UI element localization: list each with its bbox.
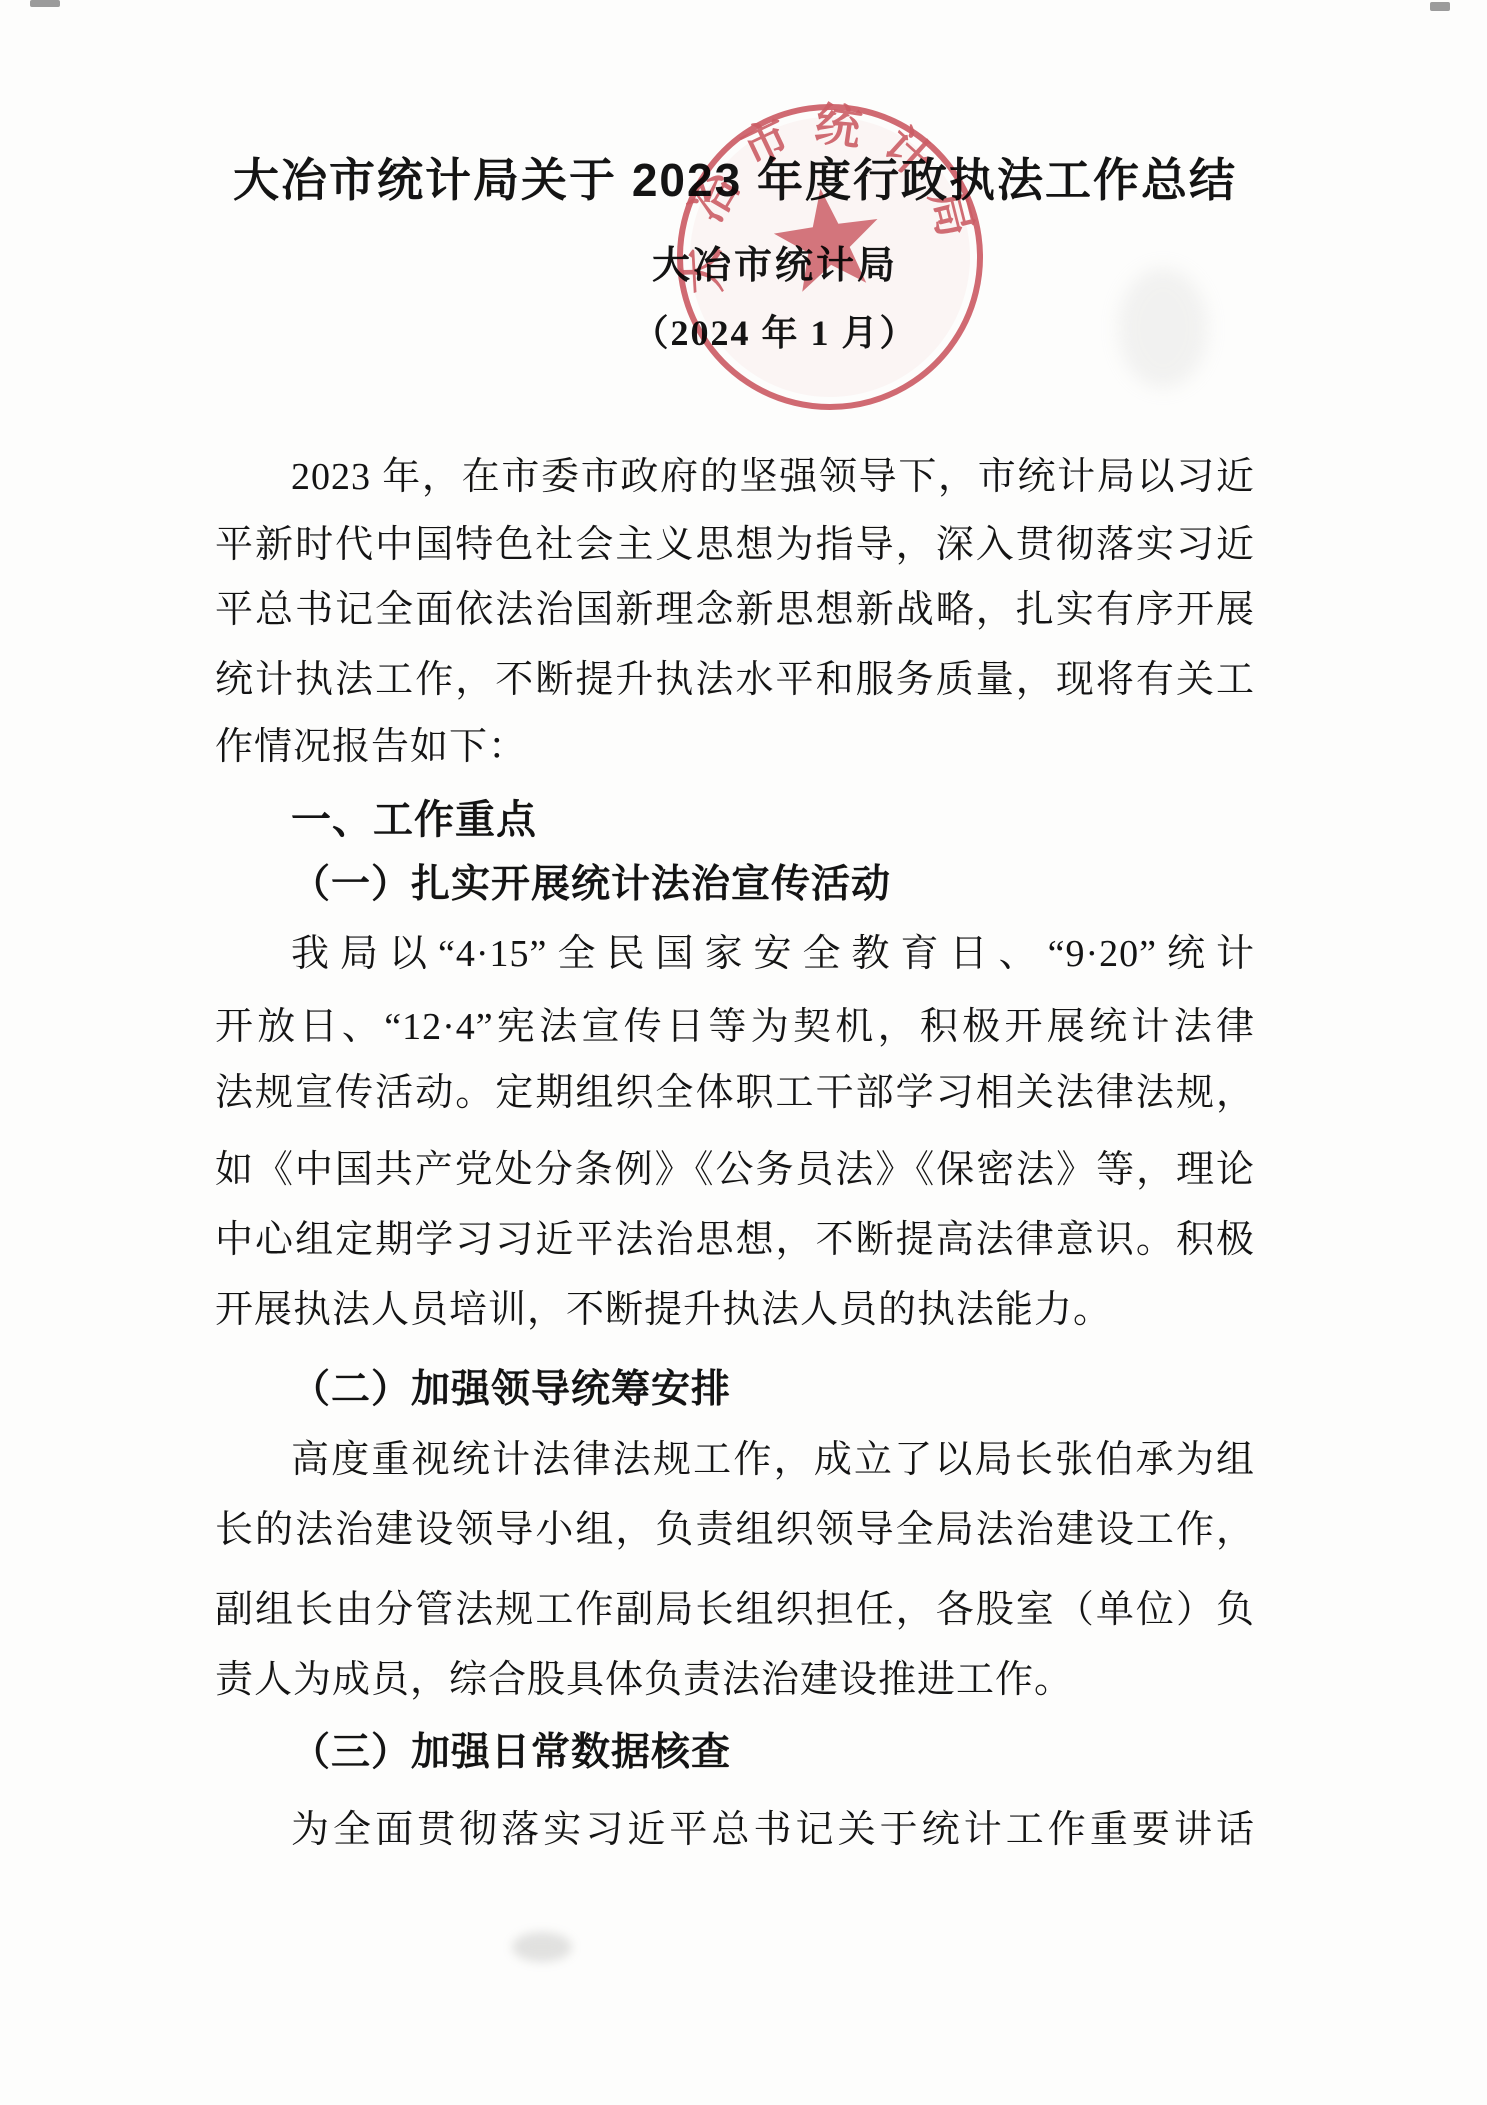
scanned-document-page: 大冶市统计局关于 2023 年度行政执法工作总结 大冶市统计局 （2024 年 … — [0, 0, 1487, 2105]
text-line: 平总书记全面依法治国新理念新思想新战略，扎实有序开展 — [215, 585, 1255, 635]
text-line: 中心组定期学习习近平法治思想，不断提高法律意识。积极 — [215, 1215, 1255, 1265]
text-line: 统计执法工作，不断提升执法水平和服务质量，现将有关工 — [215, 655, 1255, 705]
document-title: 大冶市统计局关于 2023 年度行政执法工作总结 — [215, 150, 1255, 210]
scan-artifact — [1430, 2, 1450, 11]
text-line: 责人为成员，综合股具体负责法治建设推进工作。 — [215, 1655, 1255, 1705]
text-line: 作情况报告如下： — [215, 722, 1255, 772]
text-line: 平新时代中国特色社会主义思想为指导，深入贯彻落实习近 — [215, 520, 1255, 570]
scan-smudge — [512, 1932, 572, 1962]
text-line: 我局以“4·15”全民国家安全教育日、“9·20”统计 — [215, 929, 1255, 979]
text-line: 开放日、“12·4”宪法宣传日等为契机，积极开展统计法律 — [215, 1002, 1255, 1052]
text-line: 长的法治建设领导小组，负责组织领导全局法治建设工作， — [215, 1505, 1255, 1555]
text-line: 如《中国共产党处分条例》《公务员法》《保密法》等，理论 — [215, 1145, 1255, 1195]
text-line: 为全面贯彻落实习近平总书记关于统计工作重要讲话 — [215, 1805, 1255, 1855]
scan-artifact — [30, 0, 60, 7]
text-line: 高度重视统计法律法规工作，成立了以局长张伯承为组 — [215, 1435, 1255, 1485]
date-line: （2024 年 1 月） — [255, 310, 1295, 356]
text-line: 法规宣传活动。定期组织全体职工干部学习相关法律法规， — [215, 1068, 1255, 1118]
text-line: 副组长由分管法规工作副局长组织担任，各股室（单位）负 — [215, 1585, 1255, 1635]
section-heading: 一、工作重点 — [215, 795, 1255, 845]
subsection-heading: （一）扎实开展统计法治宣传活动 — [215, 860, 1255, 910]
text-line: 2023 年，在市委市政府的坚强领导下，市统计局以习近 — [215, 452, 1255, 502]
subsection-heading: （二）加强领导统筹安排 — [215, 1365, 1255, 1415]
issuer-line: 大冶市统计局 — [255, 242, 1295, 290]
text-line: 开展执法人员培训，不断提升执法人员的执法能力。 — [215, 1285, 1255, 1335]
subsection-heading: （三）加强日常数据核查 — [215, 1728, 1255, 1778]
